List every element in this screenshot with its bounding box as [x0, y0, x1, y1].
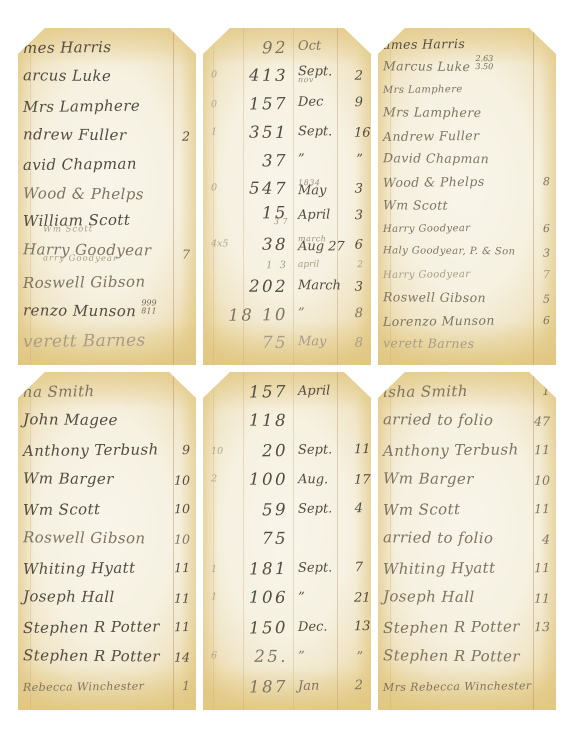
month-text: Sept. [298, 127, 332, 138]
folio-number: 11 [174, 591, 191, 606]
folio-number: 3 [543, 246, 551, 259]
ledger-row-amount: 2100Aug.17 [211, 465, 366, 496]
ledger-row-amount: 625.”” [211, 641, 366, 672]
day-text: 16 [354, 125, 374, 140]
folio-number: 4 [542, 532, 551, 547]
margin-digit: 1 [211, 564, 226, 575]
name-text: Stephen R Potter [383, 650, 520, 664]
margin-digit: 10 [211, 446, 226, 457]
name-text: Mrs Rebecca Winchester [383, 681, 532, 692]
ledger-row-name: Wood & Phelps8 [386, 170, 551, 195]
ledger-row-name: ames Harris [386, 32, 551, 57]
ledger-row-name: Mrs Rebecca Winchester [386, 671, 551, 702]
name-text: Wood & Phelps [383, 177, 485, 189]
month-text: May [298, 186, 326, 197]
amount-text: 118 [249, 414, 288, 428]
folio-number: 10 [174, 473, 191, 488]
folio-number: 1 [182, 678, 191, 693]
amount-text: 157 [249, 385, 288, 399]
name-text: verett Barnes [383, 338, 475, 349]
amount-text: 547 [249, 181, 288, 195]
amount-text: 92 [262, 41, 288, 55]
tag-rows: isha Smith1arried to folio47Anthony Terb… [378, 372, 556, 710]
name-text: Wm Scott [383, 503, 461, 517]
ledger-tag-bottom-right: isha Smith1arried to folio47Anthony Terb… [378, 372, 556, 710]
ledger-row-name: Whiting Hyatt11 [386, 553, 551, 584]
amount-text: 20 [262, 444, 288, 458]
month-text: Oct [298, 41, 321, 52]
day-text: 17 [354, 473, 374, 488]
ledger-row-name: Marcus Luke2.633.50 [386, 55, 551, 80]
ledger-row-amount: 92Oct [211, 32, 366, 62]
name-text: Mrs Lamphere [23, 100, 140, 114]
ledger-row-amount: 05471834May3 [211, 173, 366, 203]
ledger-tag-top-left: mes Harrisarcus LukeMrs Lampherendrew Fu… [18, 28, 196, 365]
amount-text: 187 [249, 680, 288, 694]
ledger-row-name: Wm Scott10 [26, 494, 191, 525]
amount-text: 37 [262, 153, 288, 167]
ledger-row-name: Harry Goodyear6 [386, 217, 551, 242]
name-text: Roswell Gibson [23, 532, 146, 546]
ledger-row-name: Mrs Lamphere [26, 91, 191, 122]
ledger-row-name: Harry Goodyeararry Goodyear7 [26, 238, 191, 269]
ledger-row-amount: 118 [211, 406, 366, 437]
ledger-row-name: Rebecca Winchester1 [26, 671, 191, 702]
amount-text: 351 [249, 125, 288, 139]
name-text: David Chapman [383, 154, 489, 166]
month-text: april [298, 261, 319, 268]
folio-number: 11 [174, 560, 191, 575]
name-text: Wm Scott [23, 503, 101, 517]
ledger-row-amount: 1351Sept.16 [211, 117, 366, 147]
day-text: 21 [354, 591, 374, 606]
tag-rows: ha SmithJohn MageeAnthony Terbush9Wm Bar… [18, 372, 196, 710]
day-text: 8 [355, 335, 366, 350]
month-text: Aug 27 [298, 242, 345, 253]
day-text: 2 [355, 678, 366, 693]
month-text: Sept. [298, 504, 332, 515]
ledger-row-amount: 0413Sept.nov2 [211, 61, 366, 91]
folio-number: 1 [542, 383, 551, 398]
day-text: ” [356, 650, 366, 665]
ledger-tag-top-middle: 92Oct0413Sept.nov20157Dec91351Sept.1637”… [203, 28, 371, 365]
name-text: Whiting Hyatt [23, 562, 136, 576]
ledger-row-name: Stephen R Potter13 [386, 612, 551, 643]
amount-sub-text: 3 7 [274, 220, 288, 227]
name-text: Stephen R Potter [383, 620, 520, 634]
margin-digit: 0 [211, 69, 226, 80]
amount-text: 413 [249, 68, 288, 82]
ledger-row-amount: 1020Sept.11 [211, 435, 366, 466]
ledger-row-amount: 1181Sept.7 [211, 553, 366, 584]
name-text: ames Harris [383, 39, 465, 51]
ledger-row-name: Stephen R Potter [386, 641, 551, 672]
ledger-row-name: Roswell Gibson5 [386, 286, 551, 311]
ledger-row-name: Mrs Lamphere [386, 102, 551, 127]
ledger-row-name: Whiting Hyatt11 [26, 553, 191, 584]
folio-number: 11 [534, 591, 551, 606]
folio-number: 9 [182, 442, 191, 457]
name-text: Harry Goodyear [383, 225, 471, 235]
month-text: March [298, 280, 341, 291]
ledger-tag-bottom-left: ha SmithJohn MageeAnthony Terbush9Wm Bar… [18, 372, 196, 710]
amount-text: 157 [249, 97, 288, 111]
day-text: 11 [354, 442, 374, 457]
ledger-row-amount: 150Dec.13 [211, 612, 366, 643]
ledger-row-name: ha Smith [26, 376, 191, 407]
folio-number: 11 [534, 501, 551, 516]
month-text: Sept. [298, 445, 332, 456]
tag-rows: ames HarrisMarcus Luke2.633.50Mrs Lamphe… [378, 28, 556, 365]
ledger-row-name: Lorenzo Munson6 [386, 309, 551, 334]
month-text: Jan [298, 681, 319, 692]
name-text: Anthony Terbush [23, 444, 159, 458]
ledger-row-name: William ScottWm Scott [26, 208, 191, 239]
ledger-row-amount: 75 [211, 524, 366, 555]
name-text: Marcus Luke [383, 62, 470, 73]
name-text: Wm Barger [383, 473, 474, 487]
amount-text: 100 [249, 473, 288, 487]
amount-text: 75 [262, 335, 288, 348]
ledger-row-name: Stephen R Potter14 [26, 641, 191, 672]
day-text: ” [356, 151, 366, 166]
name-text: Wood & Phelps [23, 187, 144, 201]
ledger-row-name: Anthony Terbush11 [386, 435, 551, 466]
ledger-row-name: arried to folio47 [386, 406, 551, 437]
day-text: 3 [355, 208, 366, 223]
ledger-row-amount: 153 7April3 [211, 201, 366, 231]
folio-number: 8 [543, 175, 551, 188]
ledger-row-name: Wm Scott11 [386, 494, 551, 525]
ledger-row-name: Wm Barger10 [26, 465, 191, 496]
margin-digit: 1 [211, 125, 226, 136]
name-text: Harry Goodyear [383, 271, 471, 281]
folio-number: 11 [174, 619, 191, 634]
ledger-row-name: Roswell Gibson10 [26, 524, 191, 555]
day-text: 9 [355, 95, 366, 110]
margin-digit: 0 [211, 182, 226, 193]
ledger-row-name: John Magee [26, 406, 191, 437]
name-text: Stephen R Potter [23, 620, 160, 634]
month-text: April [298, 211, 330, 222]
name-text: Roswell Gibson [383, 292, 486, 304]
ledger-row-amount: 202March3 [211, 271, 366, 301]
name-text: Joseph Hall [23, 591, 115, 605]
name-text: Andrew Fuller [383, 131, 480, 143]
amount-text: 18 10 [228, 307, 288, 321]
month-text: ” [298, 593, 305, 603]
day-text: 7 [355, 560, 366, 575]
ledger-tag-bottom-middle: 157April1181020Sept.112100Aug.1759Sept.4… [203, 372, 371, 710]
ledger-row-name: Wood & Phelps [26, 179, 191, 210]
amount-text: 1 3 [266, 261, 288, 269]
ledger-row-amount: 4x538marchAug 276 [211, 230, 366, 260]
name-text: Lorenzo Munson [383, 316, 495, 328]
day-text: 4 [355, 501, 366, 516]
margin-digit: 1 [211, 592, 226, 603]
ledger-row-name: Mrs Lamphere [386, 78, 551, 103]
name-text: Whiting Hyatt [383, 562, 496, 576]
tag-rows: 92Oct0413Sept.nov20157Dec91351Sept.1637”… [203, 28, 371, 365]
ledger-row-name: Andrew Fuller [386, 124, 551, 149]
folio-number: 2 [182, 129, 191, 144]
day-text: 2 [355, 68, 366, 83]
ledger-row-name: Haly Goodyear, P. & Son3 [386, 240, 551, 265]
month-text: Sept. [298, 563, 332, 574]
folio-number: 7 [543, 268, 551, 281]
ledger-row-name: ndrew Fuller2 [26, 120, 191, 151]
folio-number: 47 [534, 414, 551, 429]
tag-rows: mes Harrisarcus LukeMrs Lampherendrew Fu… [18, 28, 196, 365]
ledger-row-name: Wm Scott [386, 194, 551, 219]
name-text: mes Harris [23, 41, 112, 55]
name-text: arried to folio [383, 532, 493, 546]
month-text: Dec. [298, 622, 328, 633]
amount-text: 181 [249, 562, 288, 576]
ledger-row-name: verett Barnes [386, 332, 551, 357]
margin-digit: 6 [211, 651, 226, 662]
name-text: renzo Munson [23, 305, 136, 319]
amount-text: 150 [249, 621, 288, 635]
day-text: 6 [355, 237, 366, 252]
ledger-row-name: Joseph Hall11 [26, 582, 191, 613]
name-text: Wm Scott [383, 200, 448, 211]
folio-number: 14 [174, 650, 191, 665]
folio-number: 5 [543, 293, 551, 306]
amount-text: 106 [249, 591, 288, 605]
name-text: avid Chapman [23, 158, 137, 172]
day-text: 3 [355, 181, 366, 196]
ledger-row-name: David Chapman [386, 148, 551, 173]
ledger-row-name: Roswell Gibson [26, 267, 191, 298]
ledger-row-amount: 75May8 [211, 327, 366, 357]
month-text: April [298, 386, 330, 397]
day-text: 8 [355, 305, 366, 320]
ledger-row-name: mes Harris [26, 32, 191, 63]
day-text: 13 [354, 619, 374, 634]
month-text: Aug. [298, 475, 328, 486]
name-sub-text: Wm Scott [43, 226, 130, 234]
ledger-row-amount: 157April [211, 376, 366, 407]
name-text: ndrew Fuller [23, 129, 127, 143]
folio-number: 11 [534, 442, 551, 457]
month-sub-text: nov [298, 77, 314, 84]
ledger-row-amount: 0157Dec9 [211, 88, 366, 118]
month-text: Dec [298, 98, 324, 109]
day-text: 3 [355, 279, 366, 294]
margin-digit: 2 [211, 474, 226, 485]
month-text: ” [298, 154, 305, 164]
month-text: ” [298, 652, 305, 662]
ledger-row-name: Stephen R Potter11 [26, 612, 191, 643]
name-text: isha Smith [383, 385, 468, 399]
name-text: Haly Goodyear, P. & Son [383, 247, 515, 257]
day-text: 2 [357, 259, 366, 269]
folio-number: 7 [182, 246, 191, 261]
annotation-text: 2.633.50 [475, 55, 493, 71]
ledger-row-amount: 59Sept.4 [211, 494, 366, 525]
amount-text: 59 [262, 503, 288, 517]
month-text: ” [298, 308, 305, 318]
annotation-text: 999811 [141, 299, 156, 315]
folio-number: 6 [543, 314, 551, 327]
name-sub-text: arry Goodyear [43, 255, 151, 263]
ledger-row-amount: 1106”21 [211, 582, 366, 613]
ledger-row-name: arcus Luke [26, 62, 191, 93]
ledger-row-name: Harry Goodyear7 [386, 263, 551, 288]
name-text: Mrs Lamphere [383, 108, 481, 119]
scanned-ledger-page: mes Harrisarcus LukeMrs Lampherendrew Fu… [0, 0, 570, 738]
tag-rows: 157April1181020Sept.112100Aug.1759Sept.4… [203, 372, 371, 710]
name-text: Rebecca Winchester [23, 681, 144, 692]
folio-number: 13 [534, 619, 551, 634]
margin-digit: 4x5 [211, 238, 226, 249]
ledger-row-amount: 37”” [211, 145, 366, 175]
amount-text: 75 [262, 532, 288, 545]
margin-digit: 0 [211, 99, 226, 110]
ledger-tag-top-right: ames HarrisMarcus Luke2.633.50Mrs Lamphe… [378, 28, 556, 365]
amount-text: 202 [249, 279, 288, 293]
amount-text: 25. [254, 650, 288, 663]
amount-text: 38 [262, 238, 288, 251]
folio-number: 6 [543, 222, 551, 235]
ledger-row-name: avid Chapman [26, 149, 191, 180]
ledger-row-name: renzo Munson999811 [26, 297, 191, 328]
name-text: Joseph Hall [383, 591, 475, 605]
name-text: Wm Barger [23, 473, 114, 487]
name-text: arcus Luke [23, 70, 111, 84]
name-text: Anthony Terbush [383, 444, 519, 458]
ledger-row-name: verett Barnes [26, 326, 191, 357]
ledger-row-name: isha Smith1 [386, 376, 551, 407]
folio-number: 10 [174, 501, 191, 516]
ledger-row-name: arried to folio4 [386, 524, 551, 555]
ledger-row-amount: 187Jan2 [211, 671, 366, 702]
month-text: May [298, 337, 326, 348]
ledger-row-name: Anthony Terbush9 [26, 435, 191, 466]
name-text: Mrs Lamphere [383, 87, 463, 96]
name-text: Roswell Gibson [23, 276, 146, 290]
folio-number: 10 [534, 473, 551, 488]
folio-number: 10 [174, 532, 191, 547]
ledger-row-name: Joseph Hall11 [386, 582, 551, 613]
name-text: verett Barnes [23, 334, 146, 350]
name-text: Stephen R Potter [23, 650, 160, 664]
ledger-row-amount: 18 10”8 [211, 299, 366, 329]
folio-number: 11 [534, 560, 551, 575]
name-text: John Magee [23, 414, 118, 428]
ledger-row-amount: 1 3april2 [211, 258, 366, 273]
name-text: ha Smith [23, 386, 95, 400]
name-text: arried to folio [383, 414, 493, 428]
ledger-row-name: Wm Barger10 [386, 465, 551, 496]
